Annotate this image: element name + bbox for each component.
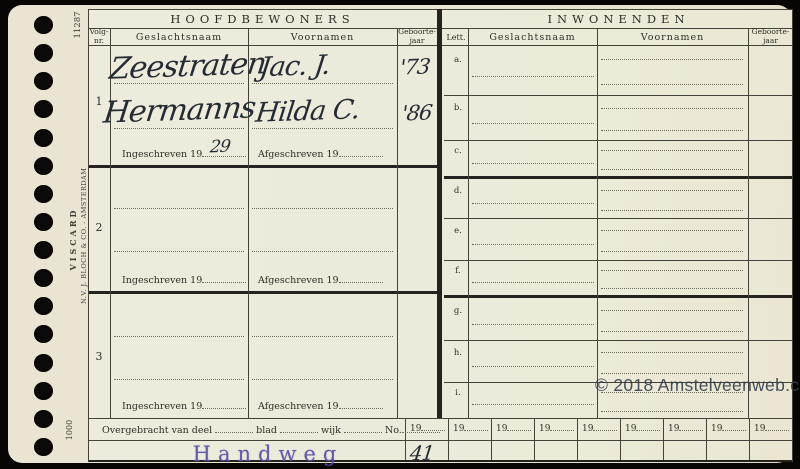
year-cell: 19 — [668, 423, 703, 434]
punch-hole — [34, 410, 53, 428]
overgebracht-label: Overgebracht van deel — [102, 425, 212, 436]
year-blank — [421, 423, 445, 431]
birthyear-column-header-right: Geboorte- jaar — [748, 29, 793, 44]
afgeschreven-line: Afgeschreven 19 — [258, 147, 383, 160]
street-name-stamp: Handweg — [188, 442, 348, 466]
hoofdbewoner-row-3: 3 Ingeschreven 19 Afgeschreven 19 — [88, 294, 437, 418]
afgeschreven-blank — [339, 147, 383, 157]
year-label: 19 — [453, 424, 464, 434]
year-blank — [593, 423, 617, 431]
inwonenden-title: INWONENDEN — [444, 11, 793, 27]
surname-column-header-right: Geslachtsnaam — [468, 30, 597, 44]
punch-hole — [34, 438, 53, 456]
card-batch-number: 1000 — [65, 412, 75, 448]
row-letter: g. — [448, 306, 468, 316]
firstnames-column-header-left: Voornamen — [248, 30, 397, 44]
punch-hole — [34, 72, 53, 90]
birthyear-entry: '73 — [398, 54, 431, 79]
year-cell: 19 — [539, 423, 574, 434]
afgeschreven-label: Afgeschreven 19 — [258, 149, 339, 160]
row-letter: c. — [448, 146, 468, 156]
deel-blank — [215, 425, 253, 433]
inwonende-row-e: e. — [444, 218, 793, 260]
punch-hole — [34, 100, 53, 118]
ingeschreven-label: Ingeschreven 19 — [122, 275, 202, 286]
year-blank — [679, 423, 703, 431]
blad-label: blad — [256, 425, 277, 436]
overgebracht-line: Overgebracht van deelbladwijkNo. — [102, 425, 402, 436]
hoofdbewoners-title: HOOFDBEWONERS — [88, 11, 437, 27]
hoofdbewoner-row-1: 1 Zeestraten Jac. J. '73 Hermanns Hilda … — [88, 45, 437, 166]
house-number-entry: 41 — [408, 441, 435, 466]
no-label: No. — [385, 425, 402, 436]
afgeschreven-blank — [339, 273, 383, 283]
row-letter: f. — [448, 266, 468, 276]
punch-hole — [34, 44, 53, 62]
ingeschreven-year-entry: 29 — [209, 137, 231, 158]
year-blank — [722, 423, 746, 431]
volgnr-header-line2: nr. — [94, 37, 104, 46]
punch-hole — [34, 129, 53, 147]
punch-hole — [34, 354, 53, 372]
inwonende-row-b: b. — [444, 95, 793, 140]
year-label: 19 — [582, 424, 593, 434]
surname-column-header-left: Geslachtsnaam — [110, 30, 248, 44]
year-cell: 19 — [711, 423, 746, 434]
row-number: 3 — [88, 350, 110, 363]
year-cell: 19 — [410, 423, 445, 434]
inwonende-row-f: f. — [444, 260, 793, 295]
registration-card: 11287 VISCARD N.V. J. BLOCH & CO. - AMST… — [8, 5, 793, 463]
birthyear-header-line2: jaar — [763, 37, 778, 46]
row-letter: i. — [448, 388, 468, 398]
punch-hole — [34, 213, 53, 231]
ingeschreven-label: Ingeschreven 19 — [122, 401, 202, 412]
punch-hole — [34, 297, 53, 315]
wijk-blank — [344, 425, 382, 433]
ingeschreven-label: Ingeschreven 19 — [122, 149, 202, 160]
punch-hole — [34, 269, 53, 287]
year-label: 19 — [754, 424, 765, 434]
copyright-watermark: © 2018 Amstelveenweb.com — [595, 375, 800, 396]
lett-column-header: Lett. — [444, 31, 468, 43]
year-blank — [550, 423, 574, 431]
inwonende-row-g: g. — [444, 298, 793, 340]
row-letter: d. — [448, 186, 468, 196]
year-cell: 19 — [582, 423, 617, 434]
afgeschreven-label: Afgeschreven 19 — [258, 401, 339, 412]
row-letter: b. — [448, 103, 468, 113]
afgeschreven-line: Afgeschreven 19 — [258, 399, 383, 412]
afgeschreven-label: Afgeschreven 19 — [258, 275, 339, 286]
punch-hole — [34, 157, 53, 175]
punch-hole — [34, 185, 53, 203]
year-label: 19 — [625, 424, 636, 434]
ingeschreven-blank — [202, 399, 246, 409]
year-cell: 19 — [625, 423, 660, 434]
hoofdbewoner-row-2: 2 Ingeschreven 19 Afgeschreven 19 — [88, 168, 437, 292]
punch-hole — [34, 241, 53, 259]
inwonende-row-d: d. — [444, 179, 793, 218]
birthyear-entry: '86 — [400, 100, 433, 125]
row-letter: e. — [448, 226, 468, 236]
year-label: 19 — [410, 424, 421, 434]
punch-hole — [34, 325, 53, 343]
year-label: 19 — [711, 424, 722, 434]
afgeschreven-line: Afgeschreven 19 — [258, 273, 383, 286]
firstnames-entry: Hilda C. — [254, 94, 361, 129]
year-blank — [507, 423, 531, 431]
ingeschreven-blank — [202, 273, 246, 283]
punch-hole-strip — [34, 16, 53, 456]
row-letter: a. — [448, 55, 468, 65]
ingeschreven-line: Ingeschreven 19 — [122, 399, 246, 412]
surname-entry: Zeestraten — [107, 46, 267, 86]
year-label: 19 — [496, 424, 507, 434]
blad-blank — [280, 425, 318, 433]
table-divider — [437, 9, 442, 418]
printer-brand: VISCARD — [68, 174, 79, 304]
year-cell: 19 — [453, 423, 488, 434]
birthyear-header-line2: jaar — [410, 37, 425, 46]
year-blank — [765, 423, 789, 431]
birthyear-column-header-left: Geboorte- jaar — [397, 29, 437, 44]
inwonende-row-a: a. — [444, 45, 793, 95]
volgnr-column-header: Volg- nr. — [88, 29, 110, 44]
ingeschreven-line: Ingeschreven 19 — [122, 273, 246, 286]
year-label: 19 — [539, 424, 550, 434]
firstnames-entry: Jac. J. — [258, 50, 332, 83]
punch-hole — [34, 382, 53, 400]
row-number: 2 — [88, 221, 110, 234]
year-blank — [464, 423, 488, 431]
year-cell: 19 — [496, 423, 531, 434]
wijk-label: wijk — [321, 425, 341, 436]
row-letter: h. — [448, 348, 468, 358]
punch-hole — [34, 16, 53, 34]
inwonende-row-c: c. — [444, 140, 793, 176]
year-blank — [636, 423, 660, 431]
card-serial-number: 11287 — [73, 5, 85, 45]
printer-imprint: VISCARD N.V. J. BLOCH & CO. - AMSTERDAM — [68, 174, 90, 304]
afgeschreven-blank — [339, 399, 383, 409]
year-label: 19 — [668, 424, 679, 434]
firstnames-column-header-right: Voornamen — [597, 30, 748, 44]
surname-entry: Hermanns — [101, 90, 257, 130]
year-cell: 19 — [754, 423, 789, 434]
